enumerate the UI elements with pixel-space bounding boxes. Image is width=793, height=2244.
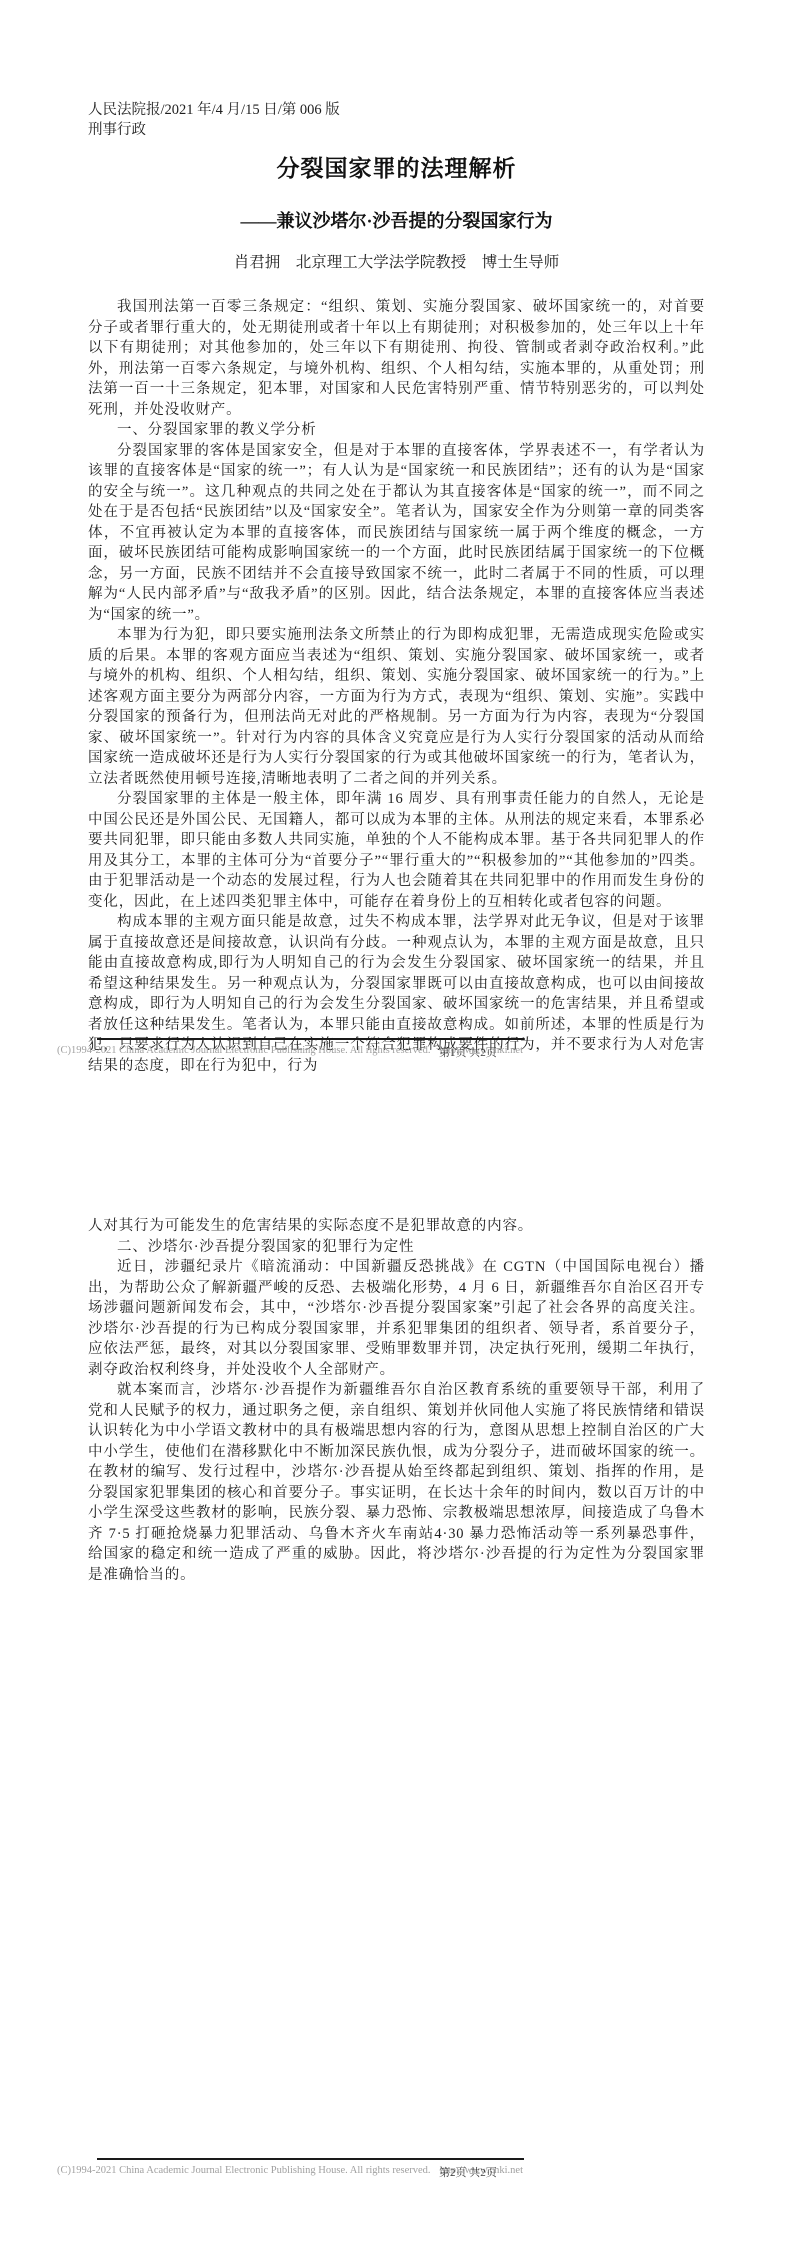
- paragraph: 就本案而言，沙塔尔·沙吾提作为新疆维吾尔自治区教育系统的重要领导干部，利用了党和…: [88, 1380, 705, 1585]
- article-subtitle: ——兼议沙塔尔·沙吾提的分裂国家行为: [88, 207, 705, 233]
- copyright-notice: (C)1994-2021 China Academic Journal Elec…: [57, 1045, 431, 1056]
- page-number-label-2: 第2页 共2页: [439, 2164, 497, 2180]
- author-line: 肖君拥 北京理工大学法学院教授 博士生导师: [88, 250, 705, 272]
- continuation-line: 人对其行为可能发生的危害结果的实际态度不是犯罪故意的内容。: [88, 1216, 705, 1237]
- paragraph: 本罪为行为犯，即只要实施刑法条文所禁止的行为即构成犯罪，无需造成现实危险或实质的…: [88, 625, 705, 789]
- paragraph: 分裂国家罪的主体是一般主体，即年满 16 周岁、具有刑事责任能力的自然人，无论是…: [88, 789, 705, 912]
- article-body-page-1: 我国刑法第一百零三条规定：“组织、策划、实施分裂国家、破坏国家统一的，对首要分子…: [88, 297, 705, 1076]
- section-heading-1: 一、分裂国家罪的教义学分析: [88, 420, 705, 441]
- publication-info: 人民法院报/2021 年/4 月/15 日/第 006 版: [88, 100, 340, 120]
- article-body-page-2: 人对其行为可能发生的危害结果的实际态度不是犯罪故意的内容。 二、沙塔尔·沙吾提分…: [88, 1216, 705, 1585]
- document-page: 人民法院报/2021 年/4 月/15 日/第 006 版 刑事行政 分裂国家罪…: [0, 0, 793, 2244]
- section-heading-2: 二、沙塔尔·沙吾提分裂国家的犯罪行为定性: [88, 1237, 705, 1258]
- page-2-footer-divider: [97, 2158, 524, 2160]
- page-number-label-1: 第1页 共2页: [439, 1044, 497, 1060]
- newspaper-section-label: 刑事行政: [88, 120, 146, 140]
- paragraph: 分裂国家罪的客体是国家安全，但是对于本罪的直接客体，学界表述不一，有学者认为该罪…: [88, 441, 705, 626]
- paragraph: 我国刑法第一百零三条规定：“组织、策划、实施分裂国家、破坏国家统一的，对首要分子…: [88, 297, 705, 420]
- paragraph: 近日，涉疆纪录片《暗流涌动：中国新疆反恐挑战》在 CGTN（中国国际电视台）播出…: [88, 1257, 705, 1380]
- page-1-footer-divider: [97, 1038, 524, 1040]
- article-title: 分裂国家罪的法理解析: [88, 150, 705, 183]
- copyright-notice: (C)1994-2021 China Academic Journal Elec…: [57, 2165, 431, 2176]
